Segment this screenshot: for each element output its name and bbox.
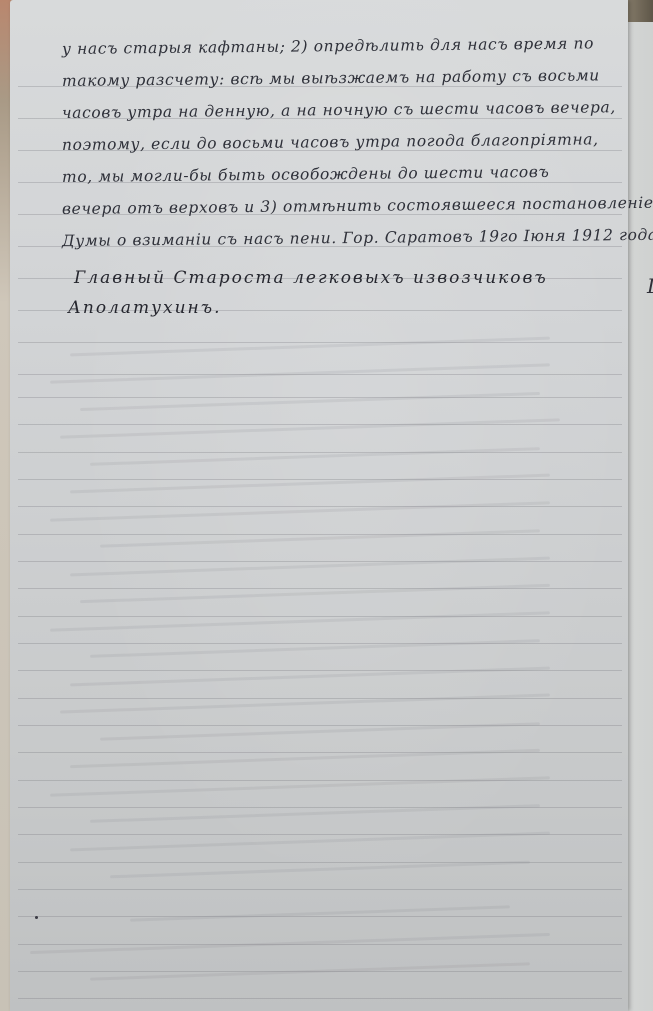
- bleed-through-mark: [70, 337, 550, 357]
- bleed-through-mark: [90, 447, 540, 466]
- ruled-line: [18, 588, 622, 589]
- ruled-line: [18, 424, 622, 425]
- ruled-line: [18, 752, 622, 753]
- ruled-line: [18, 862, 622, 863]
- ruled-line: [18, 561, 622, 562]
- bleed-through-mark: [50, 611, 550, 631]
- bleed-through-mark: [70, 557, 550, 577]
- ruled-line: [18, 643, 622, 644]
- ruled-line: [18, 506, 622, 507]
- bleed-through-mark: [80, 584, 550, 603]
- ruled-line: [18, 998, 622, 999]
- bleed-through-mark: [50, 501, 550, 521]
- bleed-through-mark: [60, 418, 560, 438]
- ruled-line: [18, 889, 622, 890]
- ruled-line: [18, 916, 622, 917]
- bleed-through-mark: [100, 529, 540, 547]
- ruled-line: [18, 452, 622, 453]
- bleed-through-mark: [90, 639, 540, 658]
- ruled-line: [18, 534, 622, 535]
- adjacent-page-letter: Г: [647, 274, 653, 298]
- ruled-line: [18, 342, 622, 343]
- ruled-line: [18, 698, 622, 699]
- ruled-line: [18, 397, 622, 398]
- signature-title: Главный Староста легковыхъ извозчиковъ: [74, 268, 548, 288]
- bleed-through-mark: [110, 861, 530, 879]
- ruled-line: [18, 944, 622, 945]
- bleed-through-mark: [60, 693, 550, 713]
- ruled-line: [18, 479, 622, 480]
- ruled-line: [18, 616, 622, 617]
- bleed-through-mark: [130, 905, 510, 921]
- bleed-through-mark: [80, 392, 540, 411]
- ink-spot: [35, 916, 38, 919]
- signature-name: Аполатухинъ.: [68, 298, 221, 318]
- bleed-through-mark: [70, 474, 550, 494]
- ruled-line: [18, 780, 622, 781]
